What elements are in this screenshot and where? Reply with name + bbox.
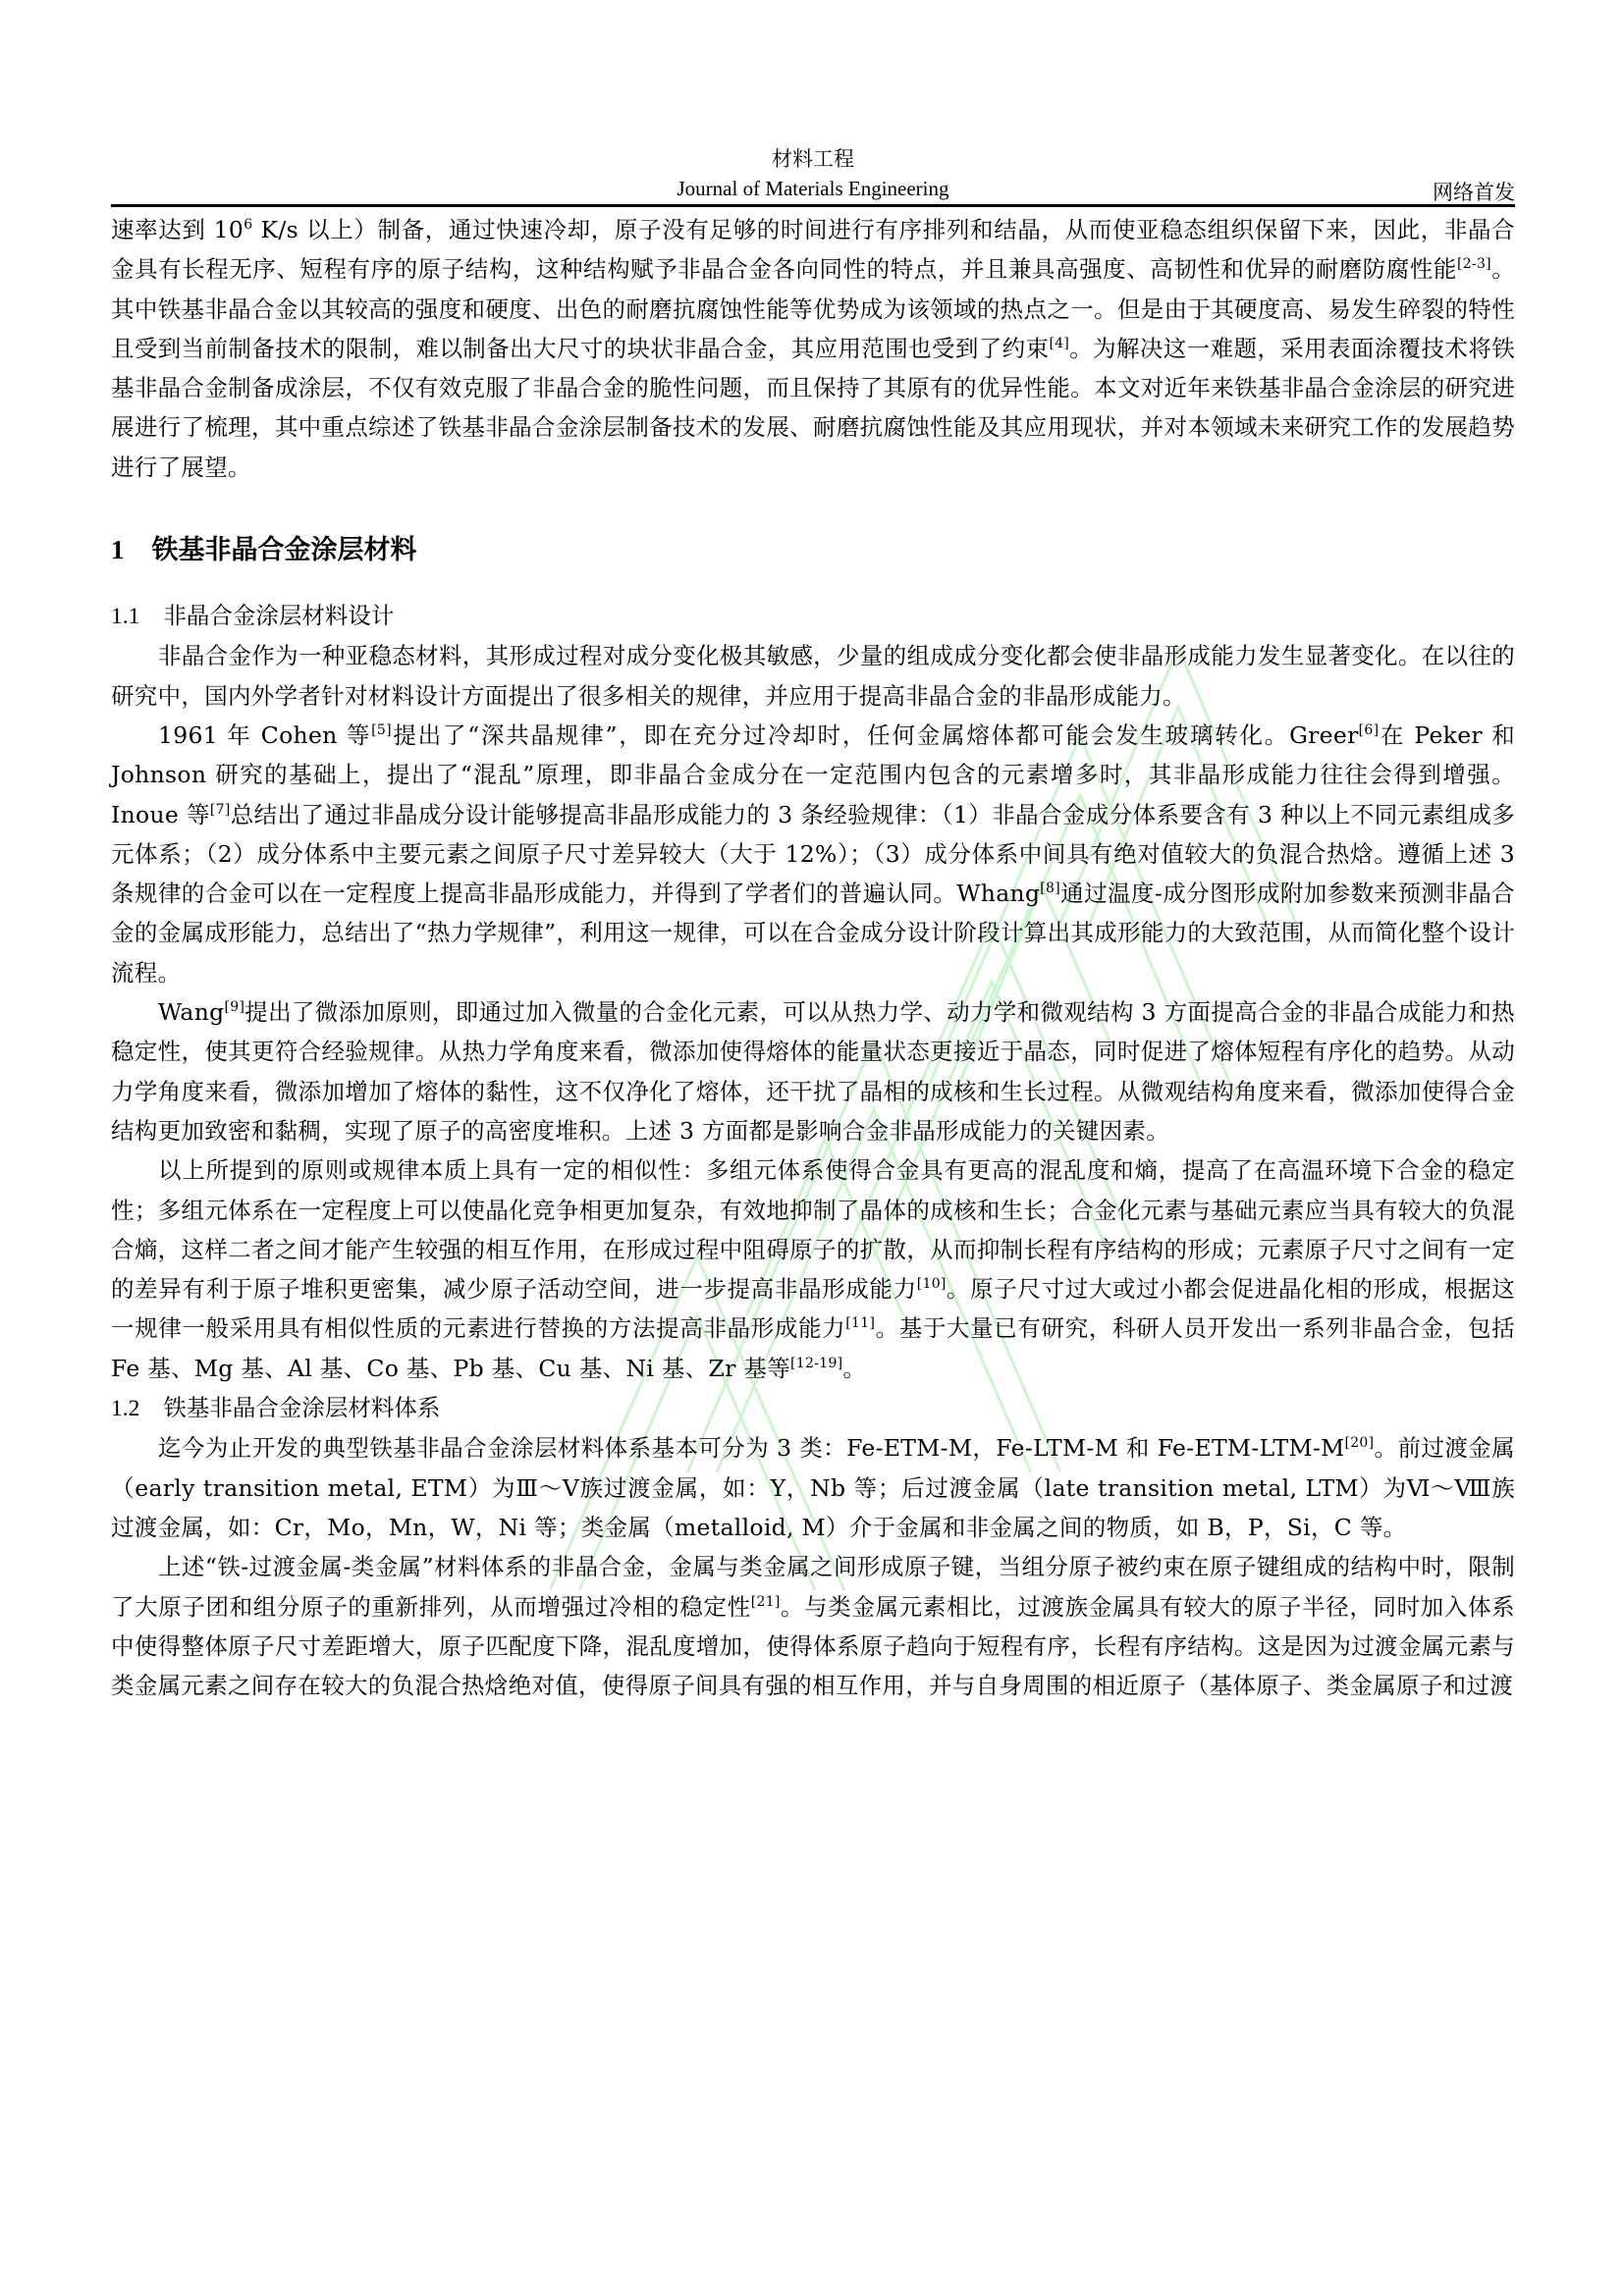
heading-number: 1 bbox=[111, 535, 125, 564]
paragraph: 非晶合金作为一种亚稳态材料，其形成过程对成分变化极其敏感，少量的组成成分变化都会… bbox=[111, 636, 1515, 716]
text-run: 。 bbox=[842, 1355, 866, 1382]
article-body: 速率达到 106 K/s 以上）制备，通过快速冷却，原子没有足够的时间进行有序排… bbox=[111, 210, 1515, 1705]
citation-ref[interactable]: [2-3] bbox=[1457, 256, 1491, 272]
section-heading: 1铁基非晶合金涂层材料 bbox=[111, 530, 1515, 570]
paragraph: 上述“铁-过渡金属-类金属”材料体系的非晶合金，金属与类金属之间形成原子键，当组… bbox=[111, 1547, 1515, 1705]
heading-number: 1.1 bbox=[111, 604, 139, 629]
paragraph: 以上所提到的原则或规律本质上具有一定的相似性：多组元体系使得合金具有更高的混乱度… bbox=[111, 1150, 1515, 1388]
text-run: 速率达到 10 bbox=[111, 216, 244, 243]
text-run: K/s 以上）制备，通过快速冷却，原子没有足够的时间进行有序排列和结晶，从而使亚… bbox=[111, 216, 1515, 283]
paragraph: 1961 年 Cohen 等[5]提出了“深共晶规律”，即在充分过冷却时，任何金… bbox=[111, 716, 1515, 992]
citation-ref[interactable]: [11] bbox=[845, 1315, 875, 1331]
heading-number: 1.2 bbox=[111, 1396, 139, 1421]
heading-title: 铁基非晶合金涂层材料 bbox=[152, 535, 417, 565]
paragraph: 速率达到 106 K/s 以上）制备，通过快速冷却，原子没有足够的时间进行有序排… bbox=[111, 210, 1515, 487]
citation-ref[interactable]: [21] bbox=[751, 1594, 781, 1610]
citation-ref[interactable]: [20] bbox=[1344, 1435, 1374, 1451]
text-run: 迄今为止开发的典型铁基非晶合金涂层材料体系基本可分为 3 类：Fe-ETM-M，… bbox=[158, 1434, 1344, 1462]
paragraph: 迄今为止开发的典型铁基非晶合金涂层材料体系基本可分为 3 类：Fe-ETM-M，… bbox=[111, 1428, 1515, 1547]
text-run: 非晶合金作为一种亚稳态材料，其形成过程对成分变化极其敏感，少量的组成成分变化都会… bbox=[111, 642, 1515, 709]
text-run: Wang bbox=[158, 998, 225, 1026]
subsection-heading: 1.1非晶合金涂层材料设计 bbox=[111, 596, 1515, 636]
citation-ref[interactable]: [4] bbox=[1049, 336, 1069, 351]
subsection-heading: 1.2铁基非晶合金涂层材料体系 bbox=[111, 1388, 1515, 1428]
page-header: 材料工程 Journal of Materials Engineering 网络… bbox=[111, 135, 1515, 206]
citation-ref[interactable]: [7] bbox=[210, 802, 231, 818]
citation-ref[interactable]: [5] bbox=[371, 722, 392, 738]
journal-title-en: Journal of Materials Engineering bbox=[111, 177, 1515, 201]
text-run: 提出了“深共晶规律”，即在充分过冷却时，任何金属熔体都可能会发生玻璃转化。Gre… bbox=[392, 721, 1359, 749]
online-first-label: 网络首发 bbox=[1433, 177, 1515, 206]
text-run: 提出了微添加原则，即通过加入微量的合金化元素，可以从热力学、动力学和微观结构 3… bbox=[111, 998, 1515, 1145]
citation-ref[interactable]: [9] bbox=[225, 999, 245, 1015]
citation-ref[interactable]: [10] bbox=[917, 1276, 947, 1292]
heading-title: 非晶合金涂层材料设计 bbox=[163, 602, 394, 629]
citation-ref[interactable]: [8] bbox=[1040, 881, 1060, 896]
header-rule bbox=[111, 204, 1515, 207]
heading-title: 铁基非晶合金涂层材料体系 bbox=[163, 1394, 440, 1421]
citation-ref[interactable]: [12-19] bbox=[790, 1356, 842, 1371]
paragraph: Wang[9]提出了微添加原则，即通过加入微量的合金化元素，可以从热力学、动力学… bbox=[111, 992, 1515, 1150]
citation-ref[interactable]: [6] bbox=[1359, 722, 1380, 738]
text-run: 1961 年 Cohen 等 bbox=[158, 721, 371, 749]
journal-title-cn: 材料工程 bbox=[111, 143, 1515, 173]
